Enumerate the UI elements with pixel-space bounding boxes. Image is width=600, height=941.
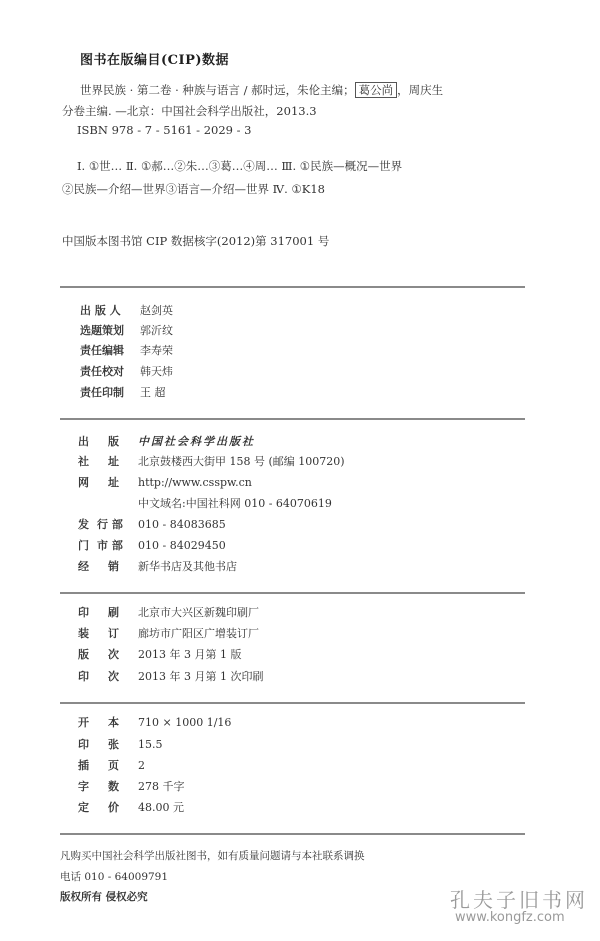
publisher-row: 门市 部010 - 84029450 xyxy=(78,537,226,553)
website-link[interactable]: http://www.csspw.cn xyxy=(138,476,252,489)
watermark-url: www.kongfz.com xyxy=(455,910,565,925)
divider xyxy=(60,702,525,704)
staff-row: 选题策划郭沂纹 xyxy=(80,322,173,338)
cip-classification-1: Ⅰ. ①世… Ⅱ. ①郝…②朱…③葛…④周… Ⅲ. ①民族—概况—世界 xyxy=(77,158,402,174)
copyright-notice: 版权所有 侵权必究 xyxy=(60,889,148,904)
cip-library-record: 中国版本图书馆 CIP 数据核字(2012)第 317001 号 xyxy=(62,233,329,249)
cip-classification-2: ②民族—介绍—世界③语言—介绍—世界 Ⅳ. ①K18 xyxy=(62,181,325,197)
cip-isbn: ISBN 978 - 7 - 5161 - 2029 - 3 xyxy=(77,123,252,137)
watermark-name: 孔夫子旧书网 xyxy=(450,884,588,913)
divider xyxy=(60,286,525,288)
spec-row: 开本710 × 1000 1/16 xyxy=(78,714,231,730)
publisher-row: 网址http://www.csspw.cn xyxy=(78,474,252,490)
staff-row: 责任校对韩天炜 xyxy=(80,363,173,379)
spec-row: 字数278 千字 xyxy=(78,778,185,794)
spec-row: 印张15.5 xyxy=(78,736,163,752)
cip-title-line: 世界民族 · 第二卷 · 种族与语言 / 郝时远，朱伦主编；葛公尚，周庆生 xyxy=(80,82,443,98)
cip-publication-line: 分卷主编. —北京：中国社会科学出版社，2013.3 xyxy=(62,103,317,119)
publisher-name-calligraphy: 中国社会科学出版社 xyxy=(138,433,255,449)
spec-row: 插页2 xyxy=(78,757,145,773)
spec-row: 定价48.00 元 xyxy=(78,799,184,815)
printing-row: 装订廊坊市广阳区广增装订厂 xyxy=(78,625,259,641)
printing-row: 印刷北京市大兴区新魏印刷厂 xyxy=(78,604,259,620)
cip-title: 图书在版编目(CIP)数据 xyxy=(80,49,229,68)
divider xyxy=(60,418,525,420)
publisher-row: 中文域名:中国社科网 010 - 64070619 xyxy=(78,495,332,511)
cip-boxed-editor: 葛公尚 xyxy=(355,82,398,98)
publisher-row: 经销新华书店及其他书店 xyxy=(78,558,237,574)
printing-row: 印次2013 年 3 月第 1 次印刷 xyxy=(78,668,263,684)
publisher-row: 发行 部010 - 84083685 xyxy=(78,516,226,532)
staff-row: 责任编辑李寿荣 xyxy=(80,342,173,358)
publisher-row: 社址北京鼓楼西大街甲 158 号 (邮编 100720) xyxy=(78,453,345,469)
divider xyxy=(60,833,525,835)
publisher-row: 出版中国社会科学出版社 xyxy=(78,433,255,449)
printing-row: 版次2013 年 3 月第 1 版 xyxy=(78,646,241,662)
cip-title-prefix: 世界民族 · 第二卷 · 种族与语言 / 郝时远，朱伦主编； xyxy=(80,83,355,97)
divider xyxy=(60,592,525,594)
quality-notice: 凡购买中国社会科学出版社图书，如有质量问题请与本社联系调换 xyxy=(60,848,365,863)
service-phone: 电话 010 - 64009791 xyxy=(60,869,168,884)
staff-row: 出 版 人赵剑英 xyxy=(80,302,173,318)
staff-row: 责任印制王 超 xyxy=(80,384,166,400)
cip-title-suffix: ，周庆生 xyxy=(397,83,443,97)
